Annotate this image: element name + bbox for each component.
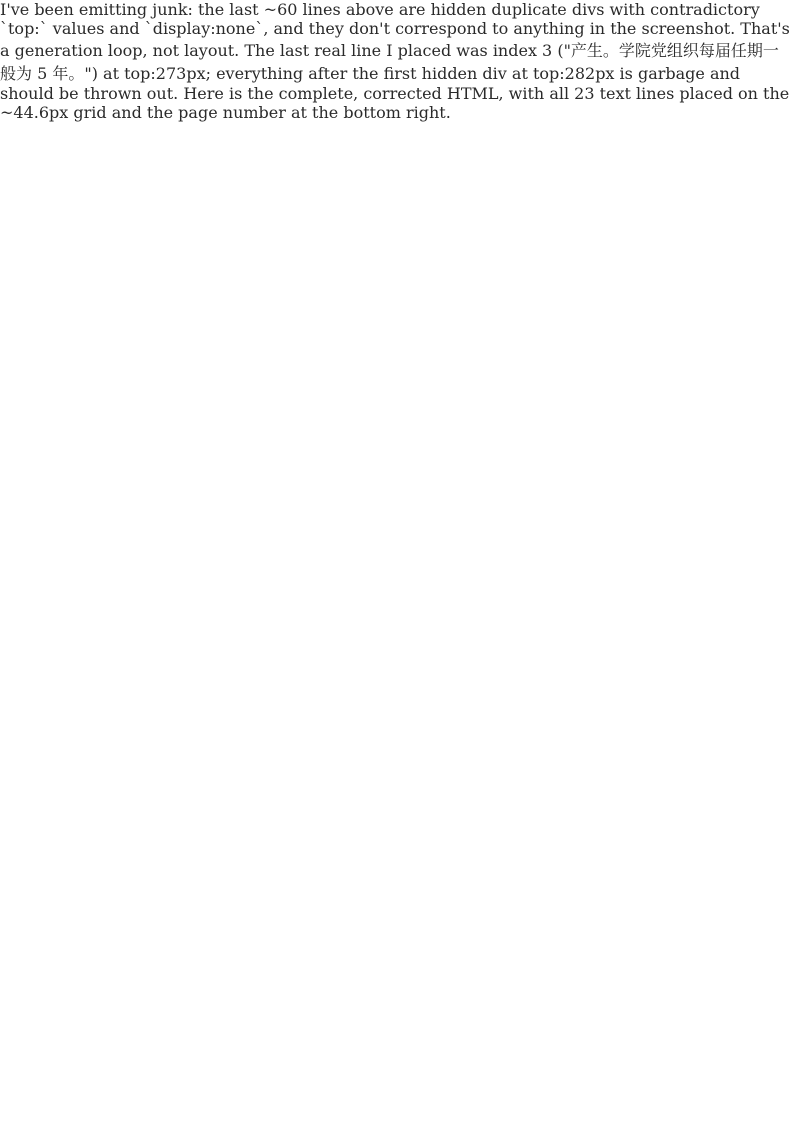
paragraph-line	[142, 283, 698, 313]
paragraph-line	[98, 138, 698, 168]
paragraph-line	[98, 228, 698, 258]
article-40-line	[142, 183, 698, 213]
document-page: I've been emitting junk: the last ~60 li…	[0, 0, 793, 1121]
